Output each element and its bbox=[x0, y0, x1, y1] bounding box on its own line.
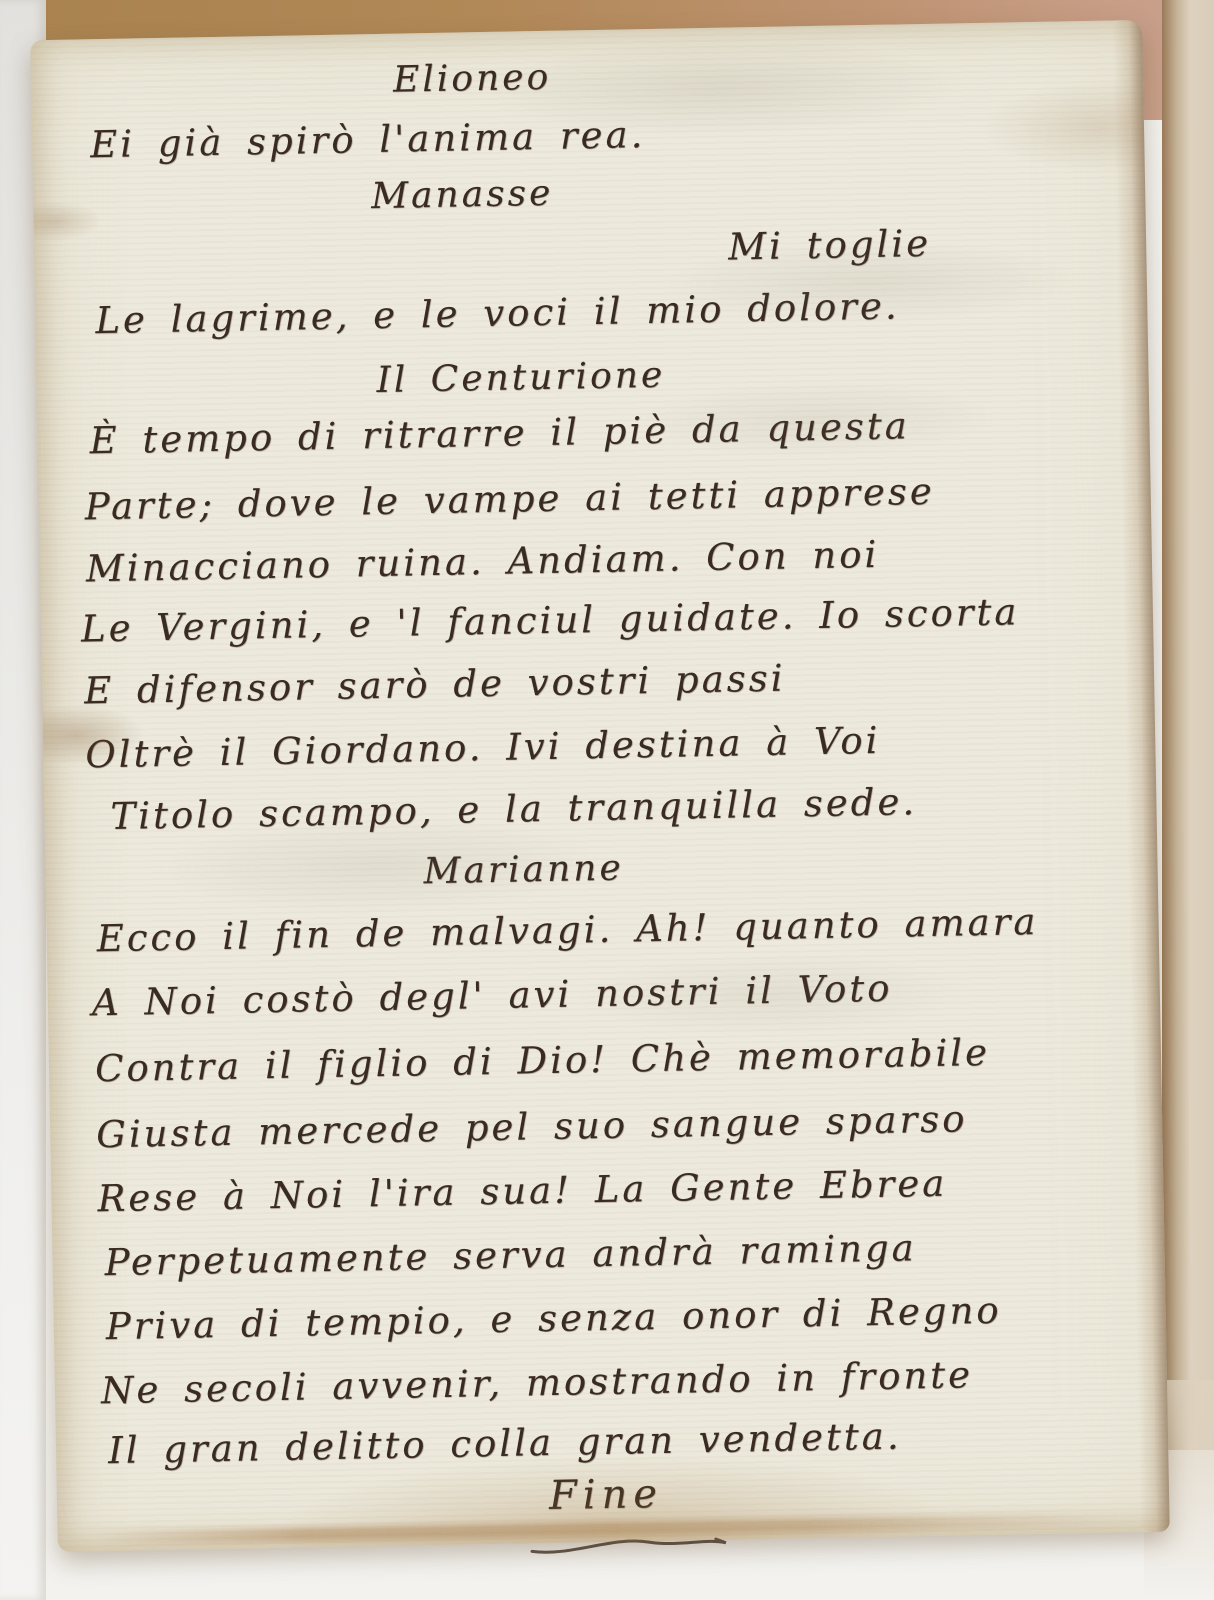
speaker-heading-elioneo: Elioneo bbox=[393, 57, 552, 101]
verse-line: Perpetuamente serva andrà raminga bbox=[104, 1226, 917, 1284]
verse-line: E difensor sarò de vostri passi bbox=[84, 657, 786, 713]
verse-line: Ecco il fin de malvagi. Ah! quanto amara bbox=[96, 900, 1038, 960]
fine-underline-flourish bbox=[528, 1530, 738, 1560]
verse-line: Ei già spirò l'anima rea. bbox=[90, 113, 646, 166]
verse-line: È tempo di ritrarre il piè da questa bbox=[89, 404, 910, 462]
verse-line: Parte; dove le vampe ai tetti apprese bbox=[84, 470, 935, 529]
verse-line: Mi toglie bbox=[728, 222, 932, 269]
verse-line: Le Vergini, e 'l fanciul guidate. Io sco… bbox=[81, 590, 1020, 650]
verse-line: Ne secoli avvenir, mostrando in fronte bbox=[101, 1353, 974, 1412]
verse-line: Titolo scampo, e la tranquilla sede. bbox=[110, 780, 917, 838]
verse-line: Priva di tempio, e senza onor di Regno bbox=[105, 1289, 1002, 1348]
verse-line: Giusta mercede pel suo sangue sparso bbox=[96, 1097, 968, 1156]
manuscript-page: Elioneo Ei già spirò l'anima rea. Manass… bbox=[30, 20, 1170, 1552]
verse-line: Oltrè il Giordano. Ivi destina à Voi bbox=[85, 719, 881, 777]
verse-line: Minacciano ruina. Andiam. Con noi bbox=[86, 533, 880, 591]
verse-line: Contra il figlio di Dio! Chè memorabile bbox=[95, 1031, 991, 1090]
verse-line: Il gran delitto colla gran vendetta. bbox=[108, 1415, 902, 1473]
speaker-heading-marianne: Marianne bbox=[423, 848, 624, 893]
verse-line: Rese à Noi l'ira sua! La Gente Ebrea bbox=[97, 1162, 948, 1221]
verse-line: A Noi costò degl' avi nostri il Voto bbox=[91, 967, 892, 1025]
speaker-heading-manasse: Manasse bbox=[371, 173, 554, 217]
speaker-heading-centurione: Il Centurione bbox=[376, 355, 665, 401]
next-leaf-edge-right bbox=[1162, 0, 1214, 1450]
fine-ending-word: Fine bbox=[549, 1471, 664, 1519]
verse-line: Le lagrime, e le voci il mio dolore. bbox=[95, 284, 900, 342]
manuscript-photo: Elioneo Ei già spirò l'anima rea. Manass… bbox=[0, 0, 1214, 1600]
